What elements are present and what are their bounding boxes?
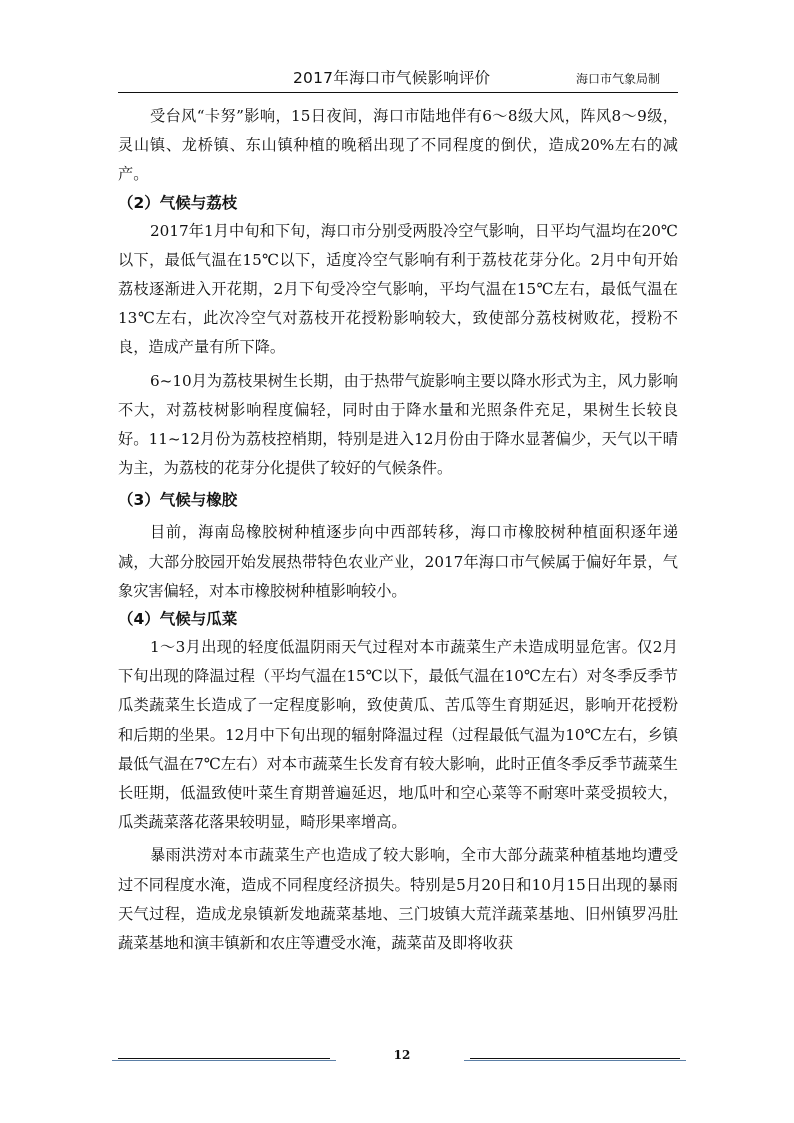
section-heading-vegetables: （4）气候与瓜菜 [118,606,678,633]
paragraph: 目前，海南岛橡胶树种植逐步向中西部转移，海口市橡胶树种植面积逐年递减，大部分胶园… [118,518,678,606]
paragraph: 6~10月为荔枝果树生长期，由于热带气旋影响主要以降水形式为主，风力影响不大，对… [118,367,678,484]
document-title: 2017年海口市气候影响评价 [293,66,490,88]
section-heading-rubber: （3）气候与橡胶 [118,487,678,514]
paragraph: 暴雨洪涝对本市蔬菜生产也造成了较大影响，全市大部分蔬菜种植基地均遭受过不同程度水… [118,841,678,958]
issuing-organization: 海口市气象局制 [576,70,660,87]
paragraph: 1～3月出现的轻度低温阴雨天气过程对本市蔬菜生产未造成明显危害。仅2月下旬出现的… [118,633,678,837]
page-header: 2017年海口市气候影响评价 海口市气象局制 [118,62,678,92]
header-divider [118,92,678,93]
page-number: 12 [382,1048,422,1062]
paragraph: 2017年1月中旬和下旬，海口市分别受两股冷空气影响，日平均气温均在20℃以下，… [118,217,678,363]
paragraph: 受台风“卡努”影响，15日夜间，海口市陆地伴有6～8级大风，阵风8～9级，灵山镇… [118,102,678,190]
footer-divider-right [470,1058,680,1059]
page-body: 受台风“卡努”影响，15日夜间，海口市陆地伴有6～8级大风，阵风8～9级，灵山镇… [118,102,678,958]
footer-divider-left [118,1058,330,1059]
section-heading-lychee: （2）气候与荔枝 [118,190,678,217]
page-footer: 12 [112,1048,684,1072]
